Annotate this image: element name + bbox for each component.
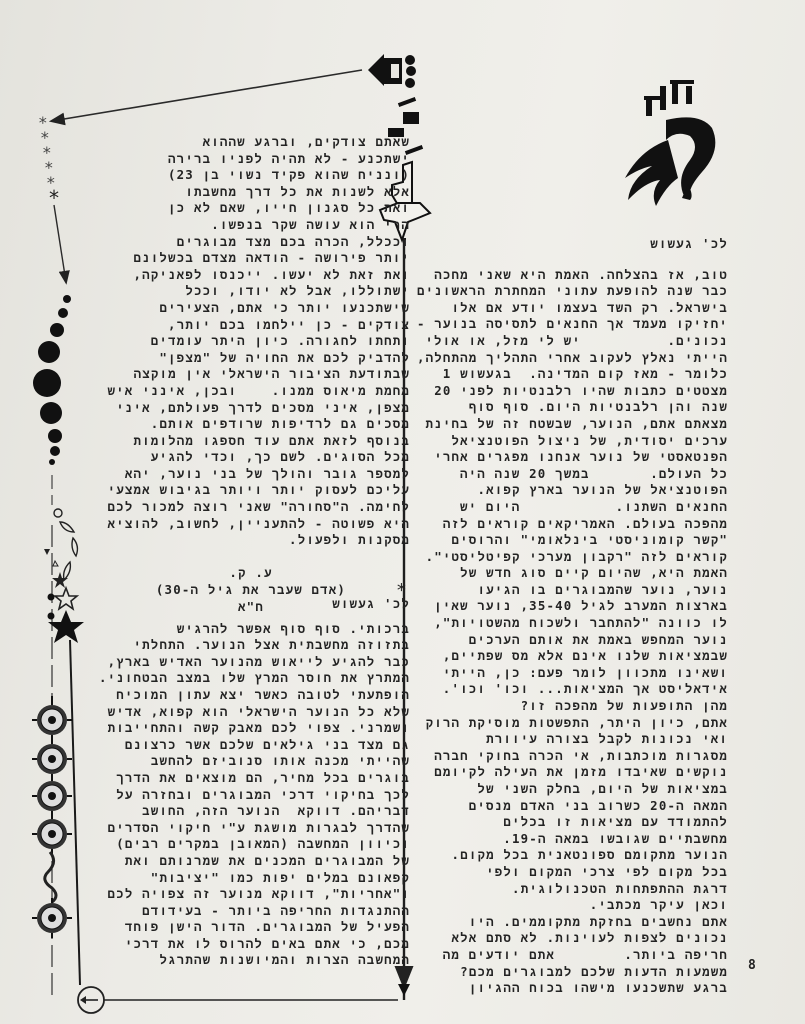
- text-line: בארצות המערב לגיל 35-40, נוער שאין: [418, 598, 728, 615]
- text-line: שהייתי מכנה אותו סנוביזם להחשב: [92, 753, 410, 770]
- magazine-page: * * * * * *: [0, 0, 805, 1024]
- text-line: ו"אחריות", דווקא מנוער זה צפויה לכם: [92, 886, 410, 903]
- text-line: חריפה ביותר. אתם יודעים מה: [418, 947, 728, 964]
- text-line: מכל הסוגים. לשם כך, וכדי להגיע: [92, 449, 410, 466]
- text-line: במציאות של היום, בחלק השני של: [418, 781, 728, 798]
- lizard-icon: [45, 852, 56, 902]
- text-line: נוער, נוער שהמבוגרים בו הגיעו: [418, 582, 728, 599]
- text-line: עליכם לעסוק יותר ויותר בגיבוש אמצעי: [92, 482, 410, 499]
- text-line: בוגרים בכל מחיר, הם מוצאים את הדרך: [92, 770, 410, 787]
- text-line: ברגע שתשכנעו מישהו בכוח ההגיון: [418, 980, 728, 997]
- text-line: מכם, כי אתם באים להרוס לו את דרכי: [92, 936, 410, 953]
- text-line: שאתם צודקים, וברגע שההוא: [92, 134, 410, 151]
- text-line: אתם, כיון היתר, התפשטות מוסיקת הרוק: [418, 715, 728, 732]
- text-line: קפאונם במלים יפות כמו "יציבות": [92, 870, 410, 887]
- letter-greeting: לכ' געשוש: [92, 596, 410, 613]
- text-line: שלא כל הנוער הישראלי הוא קפוא, אדיש: [92, 704, 410, 721]
- text-line: לחימה. ה"סחורה" שאני רוצה למכור לכם: [92, 499, 410, 516]
- text-line: מסכים גם לרדיפות שרודפים אותם.: [92, 416, 410, 433]
- text-line: צודקים - כן יילחמו בכם יותר,: [92, 317, 410, 334]
- text-line: אידאליסט אך המציאות... וכו' וכו'.: [418, 681, 728, 698]
- asterisk-decoration-icon: * * * * * *: [38, 113, 60, 210]
- text-line: טוב, אז בהצלחה. האמת היא שאני מחכה: [418, 267, 728, 284]
- text-line: הופתעתי לטובה כאשר יצא עתון המוכיח: [92, 687, 410, 704]
- text-line: קוראים לזה "רקבון מערכי קפיטליסטי".: [418, 549, 728, 566]
- text-line: החנאים השתנו. היום יש: [418, 499, 728, 516]
- text-line: לכך בחיקוי דרכי המבוגרים ובחזרה על: [92, 787, 410, 804]
- signature: ע. ק.: [92, 565, 410, 582]
- text-line: להתמודד עם מציאות זו בכלים: [418, 814, 728, 831]
- text-line: יותר פירושה - הודאה מצדם בכשלונם: [92, 250, 410, 267]
- text-line: שבתודעת הציבור הישראלי אין מוקצה: [92, 366, 410, 383]
- text-line: מצאתם אתם, הנוער, שבשטח זה של בחינת: [418, 416, 728, 433]
- text-line: כבר להגיע לייאוש מהנוער האדיש בארץ,: [92, 654, 410, 671]
- text-line: ושמרני. צפוי לכם מאבק קשה והתחייבות: [92, 720, 410, 737]
- text-line: נכונים. יש לי מזל, או אולי: [418, 333, 728, 350]
- text-line: האמת היא, שהיום קיים סוג חדש של: [418, 565, 728, 582]
- text-line: משמעות הדעות שלכם למבוגרים מכם?: [418, 964, 728, 981]
- text-line: וככלל, הכרה בכם מצד מבוגרים: [92, 234, 410, 251]
- text-line: היא פשוטה - להתעניין, לחשוב, להוציא: [92, 516, 410, 533]
- text-line: נוקשים שאיבדו מזמן את העילה לקיומם: [418, 764, 728, 781]
- text-line: למספר גובר והולך של בני נוער, יהא: [92, 466, 410, 483]
- text-line: המתרץ את חוסר המרץ שלו במצב הבטחוני.: [92, 670, 410, 687]
- text-line: בנוסף לזאת אתם עוד חספגו מהלומות: [92, 433, 410, 450]
- text-line: לו כוונה "להתחבר ולשכוח מהשטויות",: [418, 615, 728, 632]
- medallion-decoration-icon: [32, 696, 72, 938]
- text-line: הפנטאסטי של נוער אנחנו מפגרים אחרי: [418, 449, 728, 466]
- page-number: 8: [748, 958, 756, 973]
- text-line: ישתוללו, אבל לא יודו, וככל: [92, 283, 410, 300]
- left-letter: שאתם צודקים, וברגע שההואישתכנע - לא תהיה…: [92, 134, 410, 615]
- text-line: ואי נכונות לקבל בצורה עיוורת: [418, 731, 728, 748]
- text-line: שהדרך לבגרות מושגת ע"י חיקוי הסדרים: [92, 820, 410, 837]
- text-line: כבר שנה להופעת עתוני המחתרת הראשונים: [418, 283, 728, 300]
- text-line: דרגת ההתפתחות הטכנולוגית.: [418, 881, 728, 898]
- text-line: אלא לשנות את כל דרך מחשבתו: [92, 184, 410, 201]
- text-line: ותחתו לחגורה. כיון היתר עומדים: [92, 333, 410, 350]
- text-line: (ונניח שהוא פקיד נשוי בן 23): [92, 167, 410, 184]
- text-line: ואת כל סגנון חייו, שאם לא כן: [92, 200, 410, 217]
- text-line: וכיוון המחשבה (המאובן במקרים רבים): [92, 836, 410, 853]
- text-line: ואת זאת לא יעשו. ייכנסו לפאניקה,: [92, 267, 410, 284]
- text-line: הפעיל של המבוגרים. הדור הישן פוחד: [92, 919, 410, 936]
- text-line: כלומר - מאז קום המדינה. בגעשוש 1: [418, 366, 728, 383]
- text-line: הייתי נאלץ לעקוב אחרי התהליך מהתחלה,: [418, 350, 728, 367]
- text-line: מחשבתיים שגובשו במאה ה-19.: [418, 831, 728, 848]
- text-line: וכאן עיקר מכתבי.: [418, 897, 728, 914]
- left-letter-2: לכ' געשושברכותי. סוף סוף אפשר להרגישבתזו…: [92, 596, 410, 969]
- text-line: כל העולם. במשך 20 שנה היה: [418, 466, 728, 483]
- text-line: נכונים לצפות לעוינות. לא סתם אלא: [418, 930, 728, 947]
- text-line: שנה והן רלבנטיות היום. סוף סוף: [418, 399, 728, 416]
- masthead-rooster-logo: [625, 80, 715, 206]
- text-line: בישראל. רק השד בעצמו יודע אם אלו: [418, 300, 728, 317]
- text-line: גם מצד בני גילאים שלכם אשר כרצונם: [92, 737, 410, 754]
- text-line: מחמת מיאוס ממנו. ובכן, אינני איש: [92, 383, 410, 400]
- text-line: להדביק לכם את החויה של "מצפן": [92, 350, 410, 367]
- arrow-top-icon: [52, 70, 362, 121]
- text-line: המאה ה-20 כשרוב בני האדם מנסים: [418, 798, 728, 815]
- right-letter: לכ' געשושטוב, אז בהצלחה. האמת היא שאני מ…: [418, 236, 728, 997]
- text-line: מצטטים כתבות שהיו רלבנטיות לפני 20: [418, 383, 728, 400]
- text-line: יחזיקו מעמד אך החנאים לתסיסה בנוער -: [418, 316, 728, 333]
- text-line: "קשר קומוניסטי בינלאומי" והרוסים: [418, 532, 728, 549]
- text-line: אתם נחשבים בחזקת מתקוממים. היו: [418, 914, 728, 931]
- letter-greeting: לכ' געשוש: [418, 236, 728, 253]
- text-line: מהן התופעות של מהפכה זו?: [418, 698, 728, 715]
- text-line: בתזוזה מחשבתית אצל הנוער. התחלתי: [92, 637, 410, 654]
- text-line: מסגרות מוכתבות, אי הכרה בחוקי חברה: [418, 748, 728, 765]
- star-decoration-icon: [44, 549, 84, 643]
- text-line: דבריהם. דווקא הנוער הזה, החושב: [92, 803, 410, 820]
- text-line: של המבוגרים המכנים את שמרנותם ואת: [92, 853, 410, 870]
- text-line: מהפכה בעולם. האמריקאים קוראים לזה: [418, 516, 728, 533]
- bottom-circle-arrow-icon: [78, 987, 398, 1013]
- text-line: ישתכנע - לא תהיה לפניו ברירה: [92, 151, 410, 168]
- text-line: שישתכנעו יותר כי אתם, הצעירים: [92, 300, 410, 317]
- text-line: ההתנגדות החריפה ביותר - בעידודם: [92, 903, 410, 920]
- text-line: מצפן, איני מסכים לדרך פעולתם, איני: [92, 400, 410, 417]
- text-line: ברכותי. סוף סוף אפשר להרגיש: [92, 621, 410, 638]
- text-line: נוער המחפש באמת את אותם הערכים: [418, 632, 728, 649]
- text-line: המחשבה הצרות והמיושנות שהתרגל: [92, 952, 410, 969]
- text-line: שבמציאות שלנו אינם אלא מס שפתיים,: [418, 648, 728, 665]
- text-line: מסקנות ולפעול.: [92, 532, 410, 549]
- text-line: הרי הוא עושה שקר בנפשו.: [92, 217, 410, 234]
- text-line: בכל מקום לפי צרכי המקום ולפי: [418, 864, 728, 881]
- text-line: הנוער מתקומם ספונטאנית בכל מקום.: [418, 847, 728, 864]
- text-line: הפוטנציאל של הנוער בארץ קפוא.: [418, 482, 728, 499]
- dots-decoration-icon: [33, 295, 71, 465]
- text-line: ערכים יסודית, של ניצול הפוטנציאל: [418, 433, 728, 450]
- text-line: ושאינו מתכוון לומר פעם: כן, הייתי: [418, 665, 728, 682]
